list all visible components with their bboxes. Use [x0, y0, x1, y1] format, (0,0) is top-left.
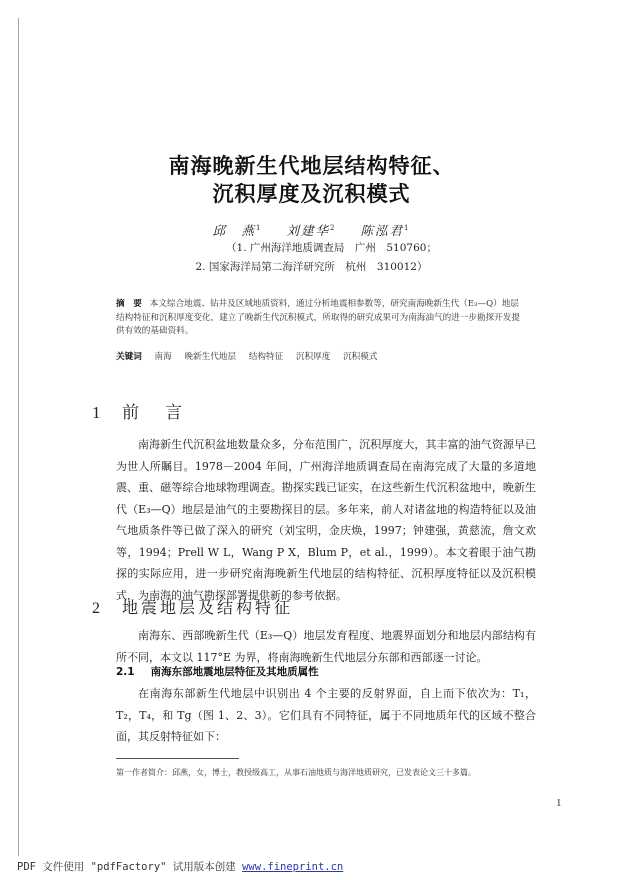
abstract-label: 摘 要 [116, 299, 142, 309]
section-heading-1: 1前言 [92, 398, 208, 423]
keyword: 南海 [155, 352, 172, 362]
author-list: 邱 燕1 刘建华2 陈泓君1 [0, 221, 623, 239]
affiliation-2: 2. 国家海洋局第二海洋研究所 杭州 310012） [0, 259, 623, 274]
keywords: 关键词 南海 晚新生代地层 结构特征 沉积厚度 沉积模式 [116, 350, 387, 362]
keywords-label: 关键词 [116, 352, 142, 362]
pdf-watermark: PDF 文件使用 "pdfFactory" 试用版本创建 www.finepri… [17, 859, 343, 874]
page-edge-line [18, 18, 19, 856]
page-number: 1 [556, 797, 562, 809]
paper-title-line-2: 沉积厚度及沉积模式 [0, 178, 623, 208]
keyword: 沉积厚度 [296, 352, 330, 362]
abstract-text: 本文综合地震、钻井及区域地质资料，通过分析地震相参数等，研究南海晚新生代（E₃—… [116, 299, 520, 336]
subsection-heading-2-1: 2.1南海东部地震地层特征及其地质属性 [116, 664, 319, 679]
paper-title-line-1: 南海晚新生代地层结构特征、 [0, 150, 623, 180]
author-name: 陈泓君 [360, 223, 404, 238]
paragraph-introduction: 南海新生代沉积盆地数量众多，分布范围广，沉积厚度大，其丰富的油气资源早已为世人所… [116, 434, 536, 606]
fineprint-link[interactable]: www.fineprint.cn [242, 861, 343, 873]
author-name: 邱 燕 [213, 223, 257, 238]
abstract: 摘 要本文综合地震、钻井及区域地质资料，通过分析地震相参数等，研究南海晚新生代（… [116, 298, 526, 339]
footnote-rule [116, 758, 239, 759]
paragraph-section-2: 南海东、西部晚新生代（E₃—Q）地层发育程度、地震界面划分和地层内部结构有所不同… [116, 625, 536, 668]
keyword: 沉积模式 [343, 352, 377, 362]
footnote: 第一作者简介：邱燕，女，博士，教授级高工，从事石油地质与海洋地质研究，已发表论文… [116, 767, 476, 778]
keyword: 结构特征 [249, 352, 283, 362]
author-name: 刘建华 [287, 223, 331, 238]
paragraph-section-2-1: 在南海东部新生代地层中识别出 4 个主要的反射界面，自上而下依次为：T₁，T₂，… [116, 683, 536, 748]
section-heading-2: 2地震地层及结构特征 [92, 595, 293, 618]
keyword: 晚新生代地层 [184, 352, 236, 362]
affiliation-1: （1. 广州海洋地质调查局 广州 510760； [20, 240, 623, 255]
